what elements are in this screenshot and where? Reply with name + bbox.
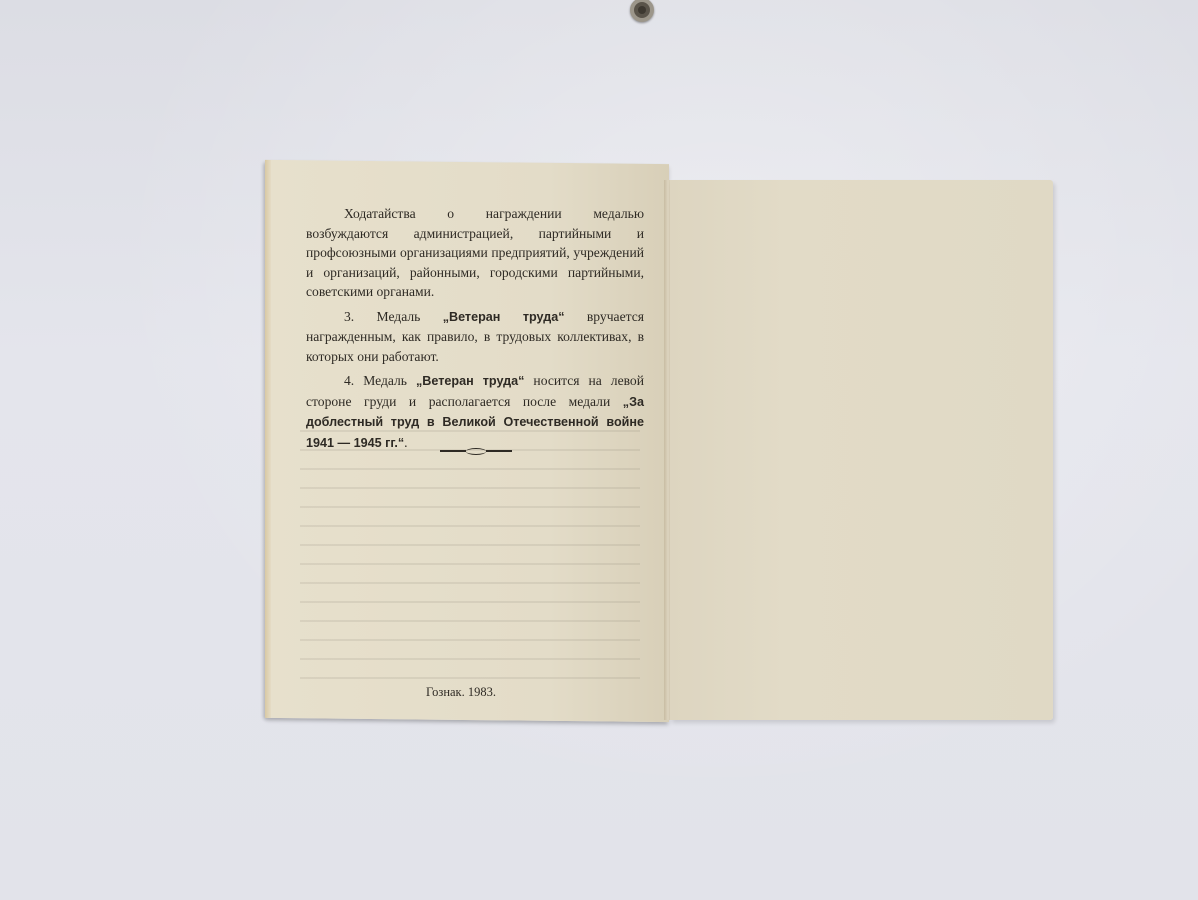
paragraph-4: 4. Медаль „Ветеран труда“ носится на лев… <box>306 371 644 453</box>
medal-name: „Ветеран труда“ <box>416 374 524 388</box>
left-page-text: Ходатайства о награждении медалью возбуж… <box>306 204 644 458</box>
right-page-blank <box>670 180 1053 720</box>
paragraph-petitions: Ходатайства о награждении медалью возбуж… <box>306 204 644 302</box>
medal-name: „Ветеран труда“ <box>443 310 565 324</box>
divider-ornament-icon <box>440 448 512 454</box>
show-through-text <box>300 420 640 680</box>
paragraph-3: 3. Медаль „Ветеран труда“ вручается нагр… <box>306 307 644 367</box>
imprint-goznak: Гознак. 1983. <box>426 685 496 700</box>
